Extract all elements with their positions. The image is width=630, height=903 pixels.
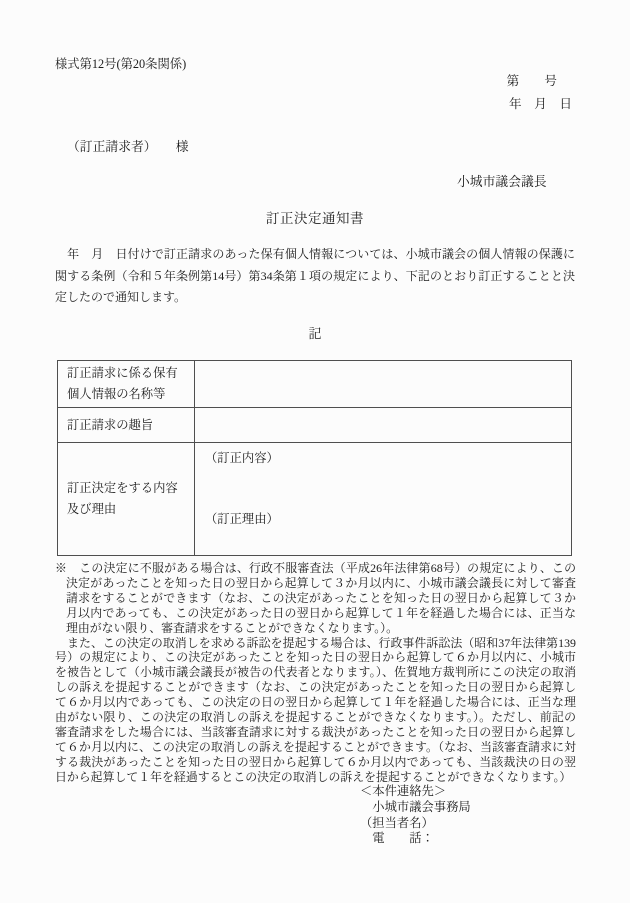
correction-content-heading: （訂正内容） [205, 445, 565, 467]
appeal-note-paragraph-1: ※ この決定に不服がある場合は、行政不服審査法（平成26年法律第68号）の規定に… [55, 561, 576, 636]
contact-block: ＜本件連絡先＞ 小城市議会事務局 （担当者名） 電 話： [360, 784, 471, 847]
row-label-request-purport: 訂正請求の趣旨 [58, 408, 195, 443]
table-row-request-purport: 訂正請求の趣旨 [58, 408, 572, 443]
appeal-note: ※ この決定に不服がある場合は、行政不服審査法（平成26年法律第68号）の規定に… [55, 561, 576, 785]
row-value-request-purport [195, 408, 572, 443]
table-row-decision-content: 訂正決定をする内容 及び理由 （訂正内容） （訂正理由） [58, 443, 572, 556]
document-number: 第 号 [507, 74, 557, 88]
document-number-line: 第 号 [507, 70, 572, 93]
body-paragraph: 年 月 日付けで訂正請求のあった保有個人情報については、小城市議会の個人情報の保… [55, 244, 575, 309]
page-title: 訂正決定通知書 [0, 207, 630, 227]
row-value-decision-content: （訂正内容） （訂正理由） [195, 443, 572, 556]
correction-reason-heading: （訂正理由） [205, 511, 565, 528]
form-number: 様式第12号(第20条関係) [55, 54, 186, 72]
addressee-line: （訂正請求者） 様 [67, 136, 189, 155]
sender-name: 小城市議会議長 [457, 171, 547, 190]
row-label-decision-content: 訂正決定をする内容 及び理由 [58, 443, 195, 556]
appeal-note-paragraph-2: また、この決定の取消しを求める訴訟を提起する場合は、行政事件訴訟法（昭和37年法… [55, 636, 576, 785]
row-value-held-info-name [195, 361, 572, 408]
document-page: 様式第12号(第20条関係) 第 号 年 月 日 （訂正請求者） 様 小城市議会… [0, 0, 630, 903]
decision-table: 訂正請求に係る保有 個人情報の名称等 訂正請求の趣旨 訂正決定をする内容 及び理… [57, 360, 572, 556]
decision-table-wrap: 訂正請求に係る保有 個人情報の名称等 訂正請求の趣旨 訂正決定をする内容 及び理… [57, 360, 572, 556]
record-marker: 記 [0, 323, 630, 342]
date-line: 年 月 日 [507, 93, 572, 116]
row-label-held-info-name: 訂正請求に係る保有 個人情報の名称等 [58, 361, 195, 408]
header-right-block: 第 号 年 月 日 [507, 70, 572, 116]
table-row-held-info-name: 訂正請求に係る保有 個人情報の名称等 [58, 361, 572, 408]
